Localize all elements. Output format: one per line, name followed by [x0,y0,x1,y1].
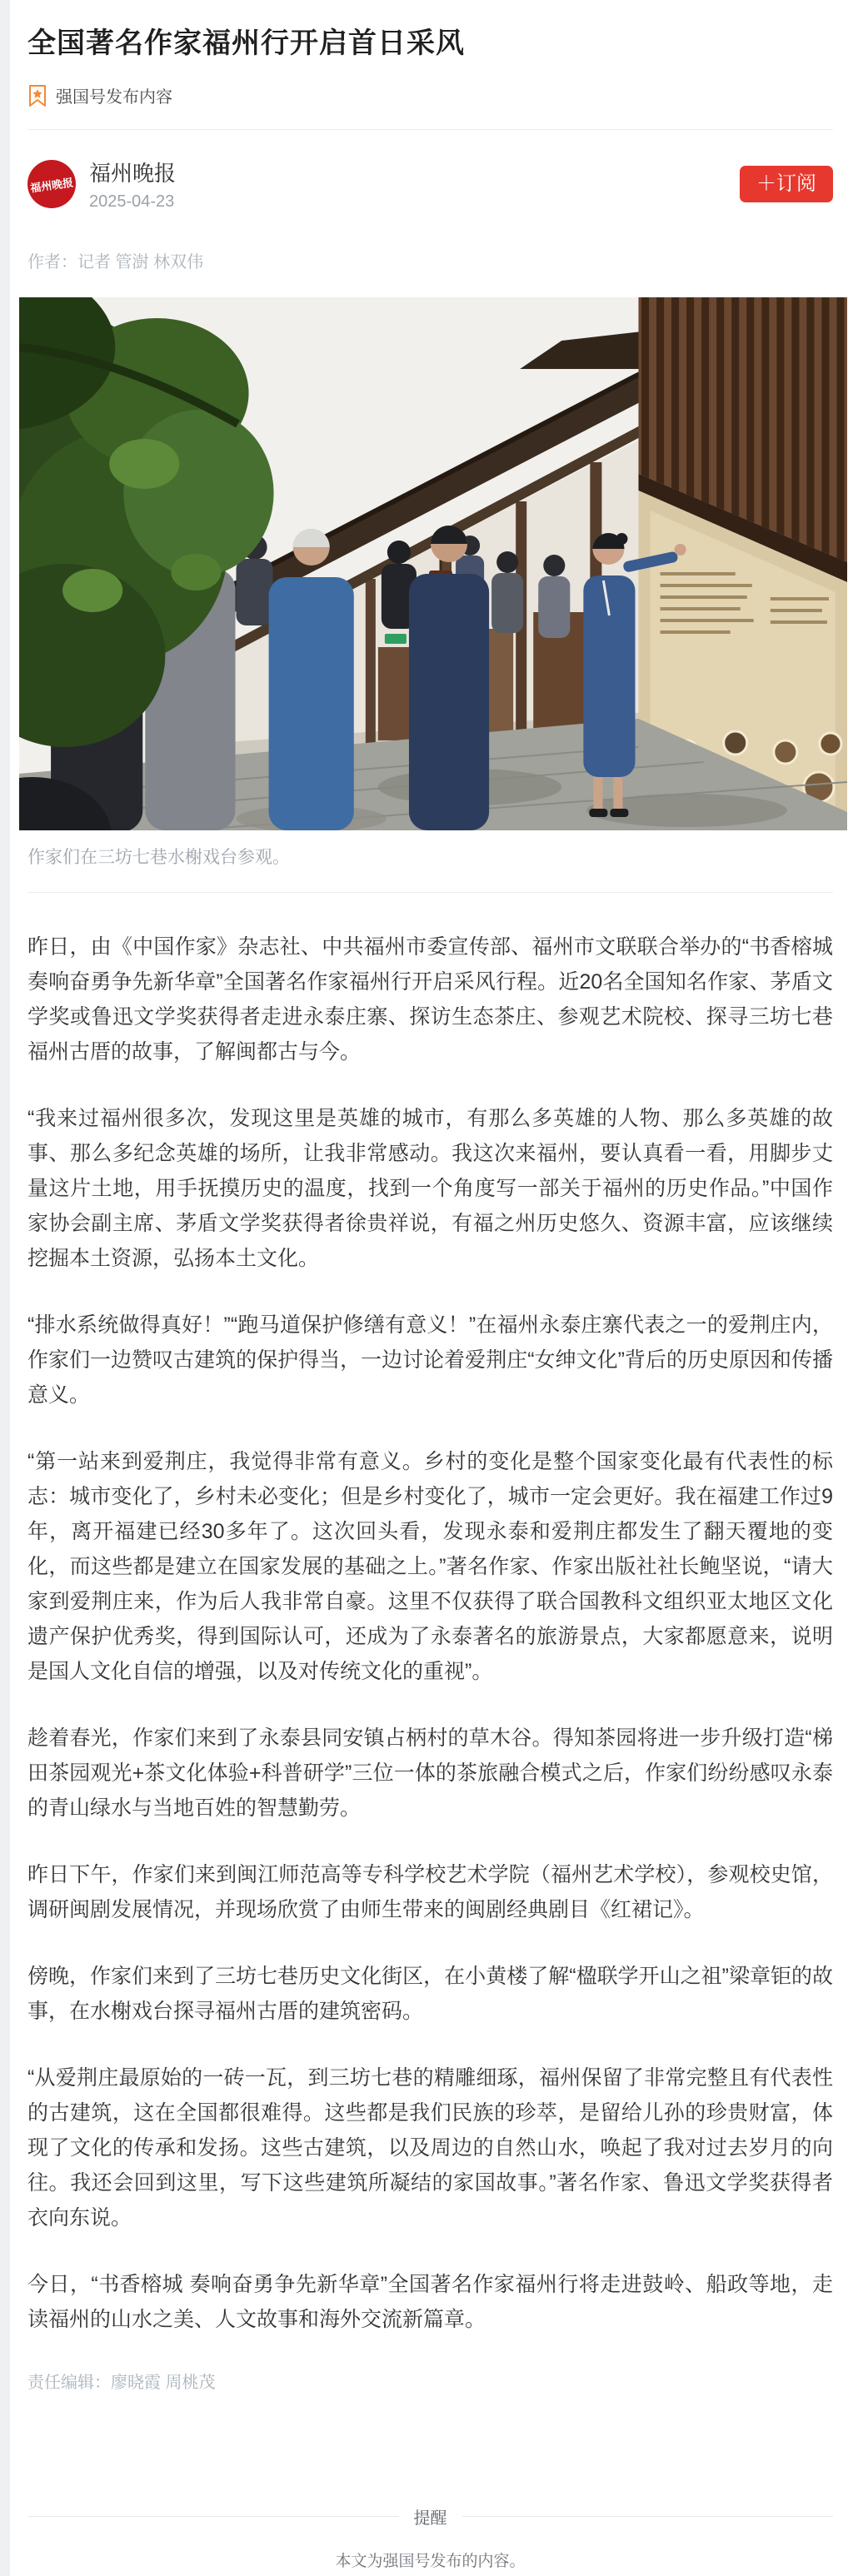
byline: 作者：记者 管澍 林双伟 [27,248,833,272]
article-paragraph: 傍晚，作家们来到了三坊七巷历史文化街区，在小黄楼了解“楹联学开山之祖”梁章钜的故… [27,1959,833,2029]
article-card: 全国著名作家福州行开启首日采风 强国号发布内容 福州晚报 福州晚报 2025-0… [10,0,853,2576]
photo-caption: 作家们在三坊七巷水榭戏台参观。 [27,844,833,869]
channel-badge: 强国号发布内容 [27,83,833,107]
article-paragraph: “排水系统做得真好！”“跑马道保护修缮有意义！”在福州永泰庄寨代表之一的爱荆庄内… [27,1308,833,1413]
article-photo-illustration [19,297,847,830]
article-paragraph: “从爱荆庄最原始的一砖一瓦，到三坊七巷的精雕细琢，福州保留了非常完整且有代表性的… [27,2060,833,2235]
notice-body: 本文为强国号发布的内容。 [27,2549,833,2571]
notice-section: 提醒 本文为强国号发布的内容。 [27,2504,833,2571]
article-body: 昨日，由《中国作家》杂志社、中共福州市委宣传部、福州市文联联合举办的“书香榕城 … [27,929,833,2337]
publisher-name[interactable]: 福州晚报 [89,157,176,187]
divider [27,2516,399,2517]
notice-title: 提醒 [414,2504,447,2529]
article-paragraph: 今日，“书香榕城 奏响奋勇争先新华章”全国著名作家福州行将走进鼓岭、船政等地，走… [27,2267,833,2337]
article-title: 全国著名作家福州行开启首日采风 [27,25,833,62]
article-paragraph: “第一站来到爱荆庄，我觉得非常有意义。乡村的变化是整个国家变化最有代表性的标志：… [27,1444,833,1689]
divider [27,892,833,893]
article-paragraph: “我来过福州很多次，发现这里是英雄的城市，有那么多英雄的人物、那么多英雄的故事、… [27,1101,833,1276]
publish-date: 2025-04-23 [89,192,176,212]
article-paragraph: 趁着春光，作家们来到了永泰县同安镇占柄村的草木谷。得知茶园将进一步升级打造“梯田… [27,1721,833,1826]
publisher-logo[interactable]: 福州晚报 [27,160,76,208]
article-paragraph: 昨日下午，作家们来到闽江师范高等专科学校艺术学院（福州艺术学校），参观校史馆，调… [27,1857,833,1927]
publisher-row: 福州晚报 福州晚报 2025-04-23 ＋订阅 [27,157,833,212]
divider [462,2516,834,2517]
editor-line: 责任编辑：廖晓霞 周桃茂 [27,2369,833,2393]
divider [27,129,833,130]
publisher-logo-text: 福州晚报 [29,173,74,195]
article-paragraph: 昨日，由《中国作家》杂志社、中共福州市委宣传部、福州市文联联合举办的“书香榕城 … [27,929,833,1069]
page-background: 全国著名作家福州行开启首日采风 强国号发布内容 福州晚报 福州晚报 2025-0… [0,0,853,2576]
article-photo[interactable] [19,297,847,830]
subscribe-button[interactable]: ＋订阅 [740,166,833,202]
channel-badge-label: 强国号发布内容 [56,83,172,107]
bookmark-star-icon [27,84,47,107]
